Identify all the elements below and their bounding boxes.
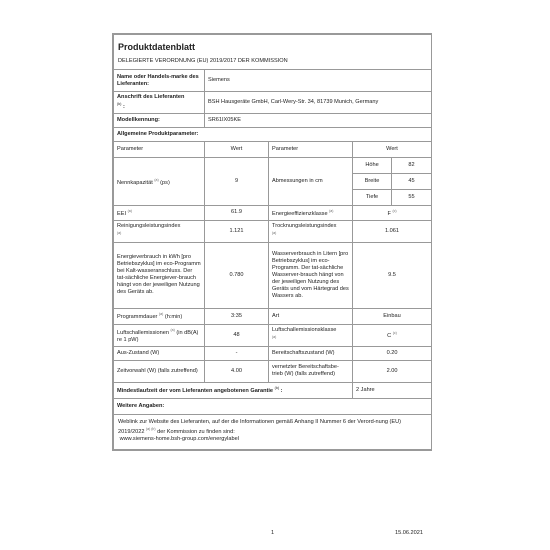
energy-consumption-label: Energieverbrauch in kWh [pro Betriebszyk… bbox=[114, 242, 205, 308]
supplier-address-label: Anschrift des Lieferanten(b) : bbox=[114, 92, 205, 114]
eei-label: EEI (a) bbox=[114, 206, 205, 221]
header-parameter-1: Parameter bbox=[114, 142, 205, 158]
regulation-subtitle: DELEGIERTE VERORDNUNG (EU) 2019/2017 DER… bbox=[114, 55, 432, 70]
height-label: Höhe bbox=[353, 158, 392, 174]
depth-value: 55 bbox=[392, 190, 432, 206]
model-label: Modellkennung: bbox=[114, 114, 205, 128]
delay-start-label: Zeitvorwahl (W) (falls zutreffend) bbox=[114, 360, 205, 382]
off-mode-value: - bbox=[205, 346, 269, 360]
sheet-title: Produktdatenblatt bbox=[114, 35, 432, 56]
standby-label: Bereitschaftszustand (W) bbox=[269, 346, 353, 360]
supplier-name-label: Name oder Handels-marke des Lieferanten: bbox=[114, 70, 205, 92]
capacity-value: 9 bbox=[205, 158, 269, 206]
general-params-label: Allgemeine Produktparameter: bbox=[114, 128, 432, 142]
water-consumption-label: Wasserverbrauch in Litern [pro Betriebsz… bbox=[269, 242, 353, 308]
type-value: Einbau bbox=[353, 308, 432, 324]
model-identifier: SR61IX05KE bbox=[205, 114, 432, 128]
noise-label: Luftschallemissionen (a) (in dB(A) re 1 … bbox=[114, 324, 205, 346]
off-mode-label: Aus-Zustand (W) bbox=[114, 346, 205, 360]
networked-standby-value: 2.00 bbox=[353, 360, 432, 382]
water-consumption-value: 9.5 bbox=[353, 242, 432, 308]
width-value: 45 bbox=[392, 174, 432, 190]
width-label: Breite bbox=[353, 174, 392, 190]
capacity-label: Nennkapazität (a) (ps) bbox=[114, 158, 205, 206]
program-duration-value: 3:35 bbox=[205, 308, 269, 324]
energy-consumption-value: 0.780 bbox=[205, 242, 269, 308]
footnote-marker: (b) bbox=[117, 102, 121, 106]
noise-class-value: C (c) bbox=[353, 324, 432, 346]
standby-value: 0.20 bbox=[353, 346, 432, 360]
drying-index-value: 1.061 bbox=[353, 220, 432, 242]
header-value-1: Wert bbox=[205, 142, 269, 158]
header-value-2: Wert bbox=[353, 142, 432, 158]
weblink-note: Weblink zur Website des Lieferanten, auf… bbox=[114, 414, 432, 449]
networked-standby-label: vernetzter Bereitschaftsbe-trieb (W) (fa… bbox=[269, 360, 353, 382]
noise-class-label: Luftschallemissionsklasse(a) bbox=[269, 324, 353, 346]
product-data-sheet: Produktdatenblatt DELEGIERTE VERORDNUNG … bbox=[112, 33, 432, 451]
more-info-label: Weitere Angaben: bbox=[114, 398, 432, 414]
noise-value: 48 bbox=[205, 324, 269, 346]
delay-start-value: 4.00 bbox=[205, 360, 269, 382]
warranty-value: 2 Jahre bbox=[353, 382, 432, 398]
cleaning-index-label: Reinigungsleistungsindex(a) bbox=[114, 220, 205, 242]
dimensions-label: Abmessungen in cm bbox=[269, 158, 353, 206]
cleaning-index-value: 1.121 bbox=[205, 220, 269, 242]
drying-index-label: Trocknungsleistungsindex(a) bbox=[269, 220, 353, 242]
document-date: 15.06.2021 bbox=[395, 530, 423, 536]
depth-label: Tiefe bbox=[353, 190, 392, 206]
program-duration-label: Programmdauer (a) (h:min) bbox=[114, 308, 205, 324]
energy-class-label: Energieeffizienzklasse (a) bbox=[269, 206, 353, 221]
supplier-name: Siemens bbox=[205, 70, 432, 92]
type-label: Art bbox=[269, 308, 353, 324]
energylabel-link[interactable]: www.siemens-home.bsh-group.com/energylab… bbox=[120, 436, 239, 442]
warranty-label: Mindestlaufzeit der vom Lieferanten ange… bbox=[114, 382, 353, 398]
eei-value: 61.9 bbox=[205, 206, 269, 221]
height-value: 82 bbox=[392, 158, 432, 174]
energy-class-value: F (c) bbox=[353, 206, 432, 221]
header-parameter-2: Parameter bbox=[269, 142, 353, 158]
supplier-address: BSH Hausgeräte GmbH, Carl-Wery-Str. 34, … bbox=[205, 92, 432, 114]
page-number: 1 bbox=[271, 530, 274, 536]
